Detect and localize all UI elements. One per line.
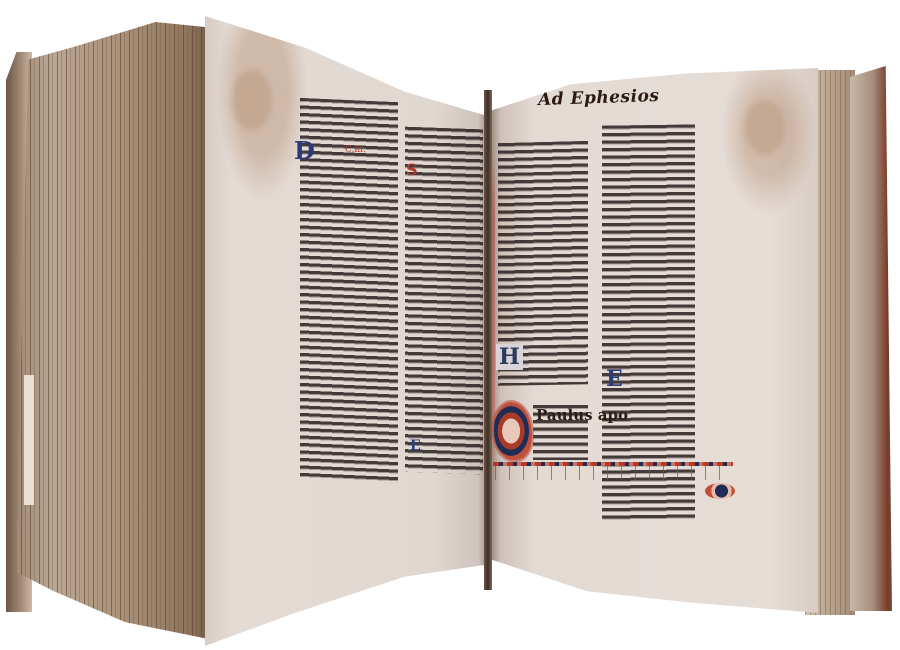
chapter-mark: C.iii. [345,145,366,155]
initial-letter: E [410,438,421,454]
penwork-flourish [705,483,735,499]
paper-slip [24,375,34,505]
water-stain [232,70,272,130]
right-cover-board [850,66,892,611]
initial-letter: S [406,160,418,179]
initial-letter: D [294,136,315,165]
rubricated-penwork [495,466,725,480]
initial-letter: E [606,366,623,392]
right-page-text-column-1 [498,141,588,343]
incipit-text: Paulus apo [536,406,628,424]
initial-letter: H [496,344,523,370]
gutter [484,90,492,590]
left-fore-edge [12,22,217,647]
water-stain [745,100,785,155]
running-head: Ad Ephesios [538,86,660,110]
